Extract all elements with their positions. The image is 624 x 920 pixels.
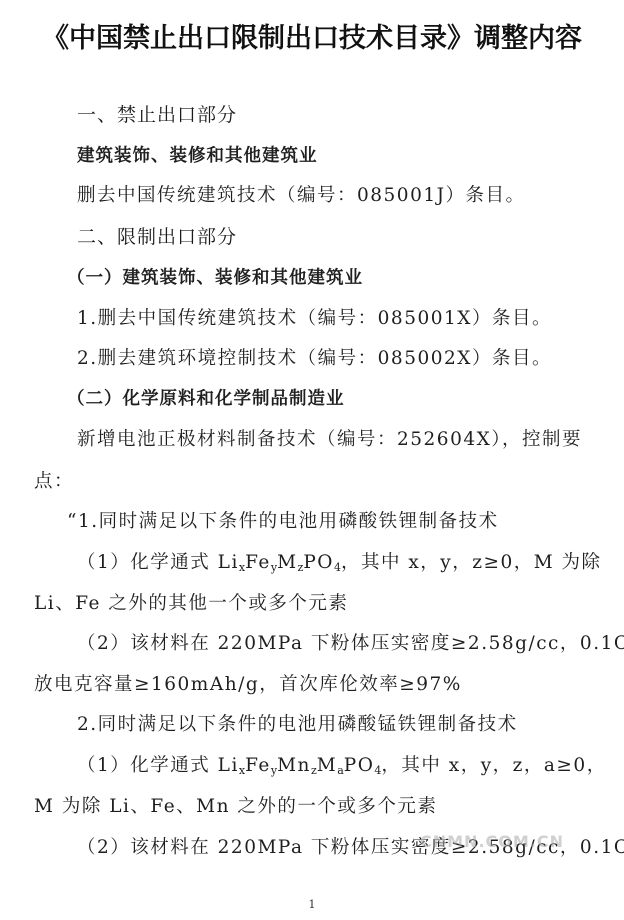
- point-2-condition-1-prefix: （1）化学通式: [77, 755, 218, 776]
- chemical-formula-lmfp: LixFeyMnzMaPO4: [218, 755, 382, 776]
- point-1-condition-2-line-2: 放电克容量≥160mAh/g，首次库伦效率≥97%: [34, 673, 462, 697]
- point-2-title: 2.同时满足以下条件的电池用磷酸锰铁锂制备技术: [77, 713, 518, 737]
- section-2-sub2-intro-line-1: 新增电池正极材料制备技术（编号：252604X），控制要: [77, 428, 582, 452]
- page-number: 1: [0, 898, 624, 911]
- point-2-condition-1-line-1: （1）化学通式 LixFeyMnzMaPO4，其中 x，y，z，a≥0，: [77, 754, 607, 778]
- section-1-industry-heading: 建筑装饰、装修和其他建筑业: [77, 144, 318, 168]
- section-2-sub1-item-2: 2.删去建筑环境控制技术（编号：085002X）条目。: [77, 347, 552, 371]
- point-1-condition-1-line-1: （1）化学通式 LixFeyMzPO4，其中 x，y，z≥0，M 为除: [77, 551, 602, 575]
- watermark: CNMN.COM.CN: [420, 832, 564, 851]
- point-1-title: “1.同时满足以下条件的电池用磷酸铁锂制备技术: [67, 510, 499, 534]
- section-2-sub1-heading: （一）建筑装饰、装修和其他建筑业: [67, 266, 363, 290]
- point-2-condition-1-suffix: ，其中 x，y，z，a≥0，: [381, 755, 606, 776]
- section-1-item: 删去中国传统建筑技术（编号：085001J）条目。: [77, 184, 526, 208]
- document-title: 《中国禁止出口限制出口技术目录》调整内容: [0, 16, 624, 55]
- section-1-heading: 一、禁止出口部分: [77, 103, 237, 127]
- chemical-formula-lfp: LixFeyMzPO4: [218, 552, 341, 573]
- section-2-sub1-item-1: 1.删去中国传统建筑技术（编号：085001X）条目。: [77, 307, 552, 331]
- section-2-heading: 二、限制出口部分: [77, 225, 237, 249]
- section-2-sub2-intro-line-2: 点：: [34, 470, 74, 494]
- point-1-condition-1-suffix: ，其中 x，y，z≥0，M 为除: [341, 552, 602, 573]
- point-1-condition-1-prefix: （1）化学通式: [77, 552, 218, 573]
- point-2-condition-1-line-2: M 为除 Li、Fe、Mn 之外的一个或多个元素: [34, 795, 437, 819]
- point-1-condition-1-line-2: Li、Fe 之外的其他一个或多个元素: [34, 592, 348, 616]
- document-page: 《中国禁止出口限制出口技术目录》调整内容 一、禁止出口部分 建筑装饰、装修和其他…: [0, 0, 624, 920]
- point-1-condition-2-line-1: （2）该材料在 220MPa 下粉体压实密度≥2.58g/cc，0.1C: [77, 632, 624, 656]
- section-2-sub2-heading: （二）化学原料和化学制品制造业: [67, 387, 345, 411]
